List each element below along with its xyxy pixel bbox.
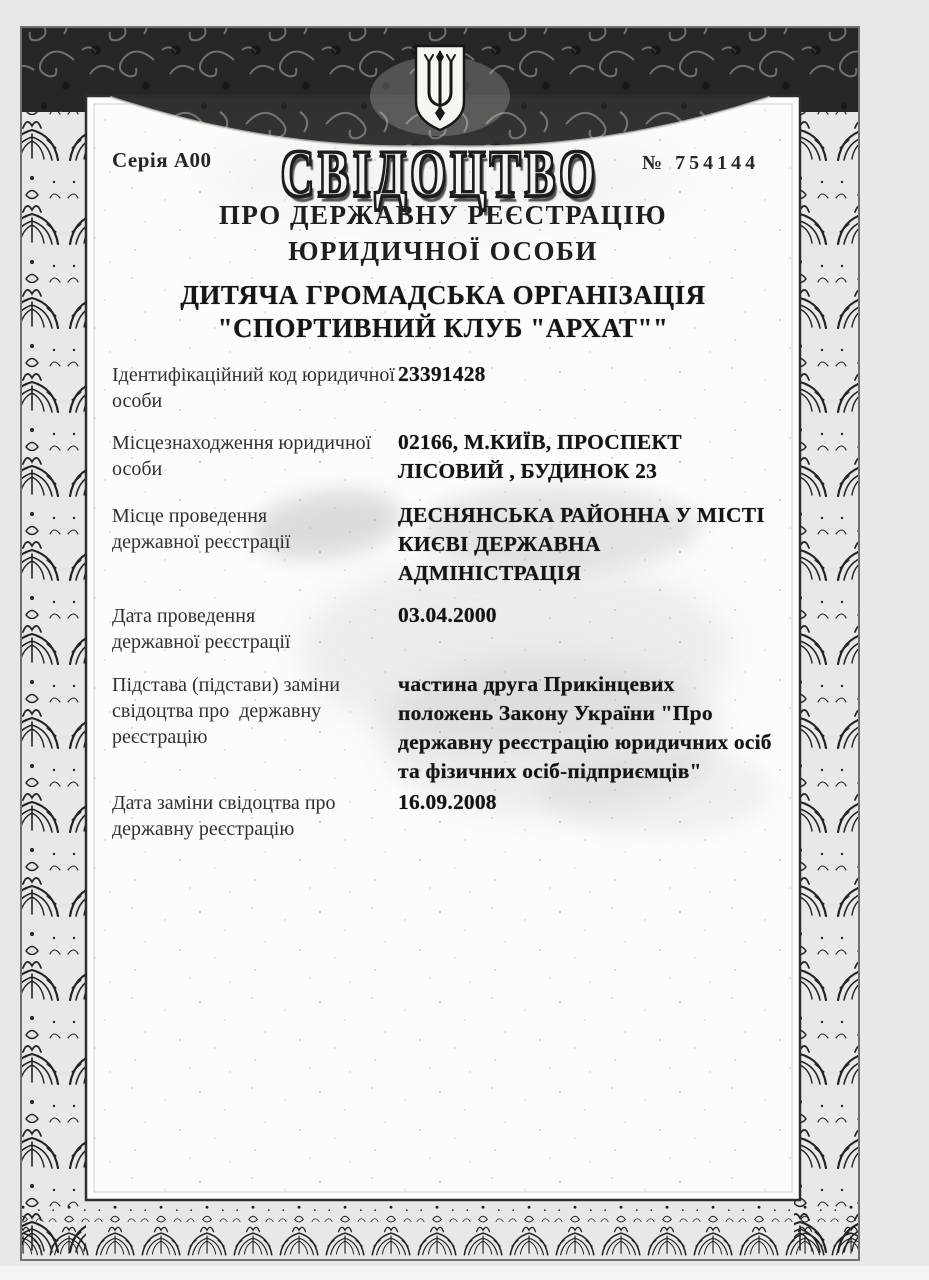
- organization-name-line-1: ДИТЯЧА ГРОМАДСЬКА ОРГАНІЗАЦІЯ: [86, 280, 800, 311]
- field-label-replacement-reason: Підстава (підстави) заміни свідоцтва про…: [112, 672, 408, 750]
- field-value-registration-date: 03.04.2000: [398, 601, 794, 630]
- scanned-certificate-page: Серія А00 № 754144 СВІДОЦТВО ПРО ДЕРЖАВН…: [0, 0, 929, 1280]
- scan-edge: [0, 1266, 929, 1280]
- field-value-identification-code: 23391428: [398, 360, 794, 389]
- field-value-registration-place: ДЕСНЯНСЬКА РАЙОННА У МІСТІ КИЄВІ ДЕРЖАВН…: [398, 501, 794, 588]
- certificate-content: Серія А00 № 754144 СВІДОЦТВО ПРО ДЕРЖАВН…: [0, 0, 929, 1280]
- subtitle-line-1: ПРО ДЕРЖАВНУ РЕЄСТРАЦІЮ: [86, 200, 800, 231]
- field-value-location: 02166, М.КИЇВ, ПРОСПЕКТ ЛІСОВИЙ , БУДИНО…: [398, 428, 794, 486]
- field-label-location: Місцезнаходження юридичної особи: [112, 430, 408, 482]
- field-label-identification-code: Ідентифікаційний код юридичної особи: [112, 362, 408, 414]
- field-label-registration-date: Дата проведення державної реєстрації: [112, 603, 408, 655]
- field-value-replacement-reason: частина друга Прикінцевих положень Закон…: [398, 670, 794, 786]
- field-label-registration-place: Місце проведення державної реєстрації: [112, 503, 408, 555]
- field-label-replacement-date: Дата заміни свідоцтва про державну реєст…: [112, 790, 408, 842]
- organization-name-line-2: "СПОРТИВНИЙ КЛУБ "АРХАТ"": [86, 313, 800, 344]
- field-value-replacement-date: 16.09.2008: [398, 788, 794, 817]
- subtitle-line-2: ЮРИДИЧНОЇ ОСОБИ: [86, 236, 800, 267]
